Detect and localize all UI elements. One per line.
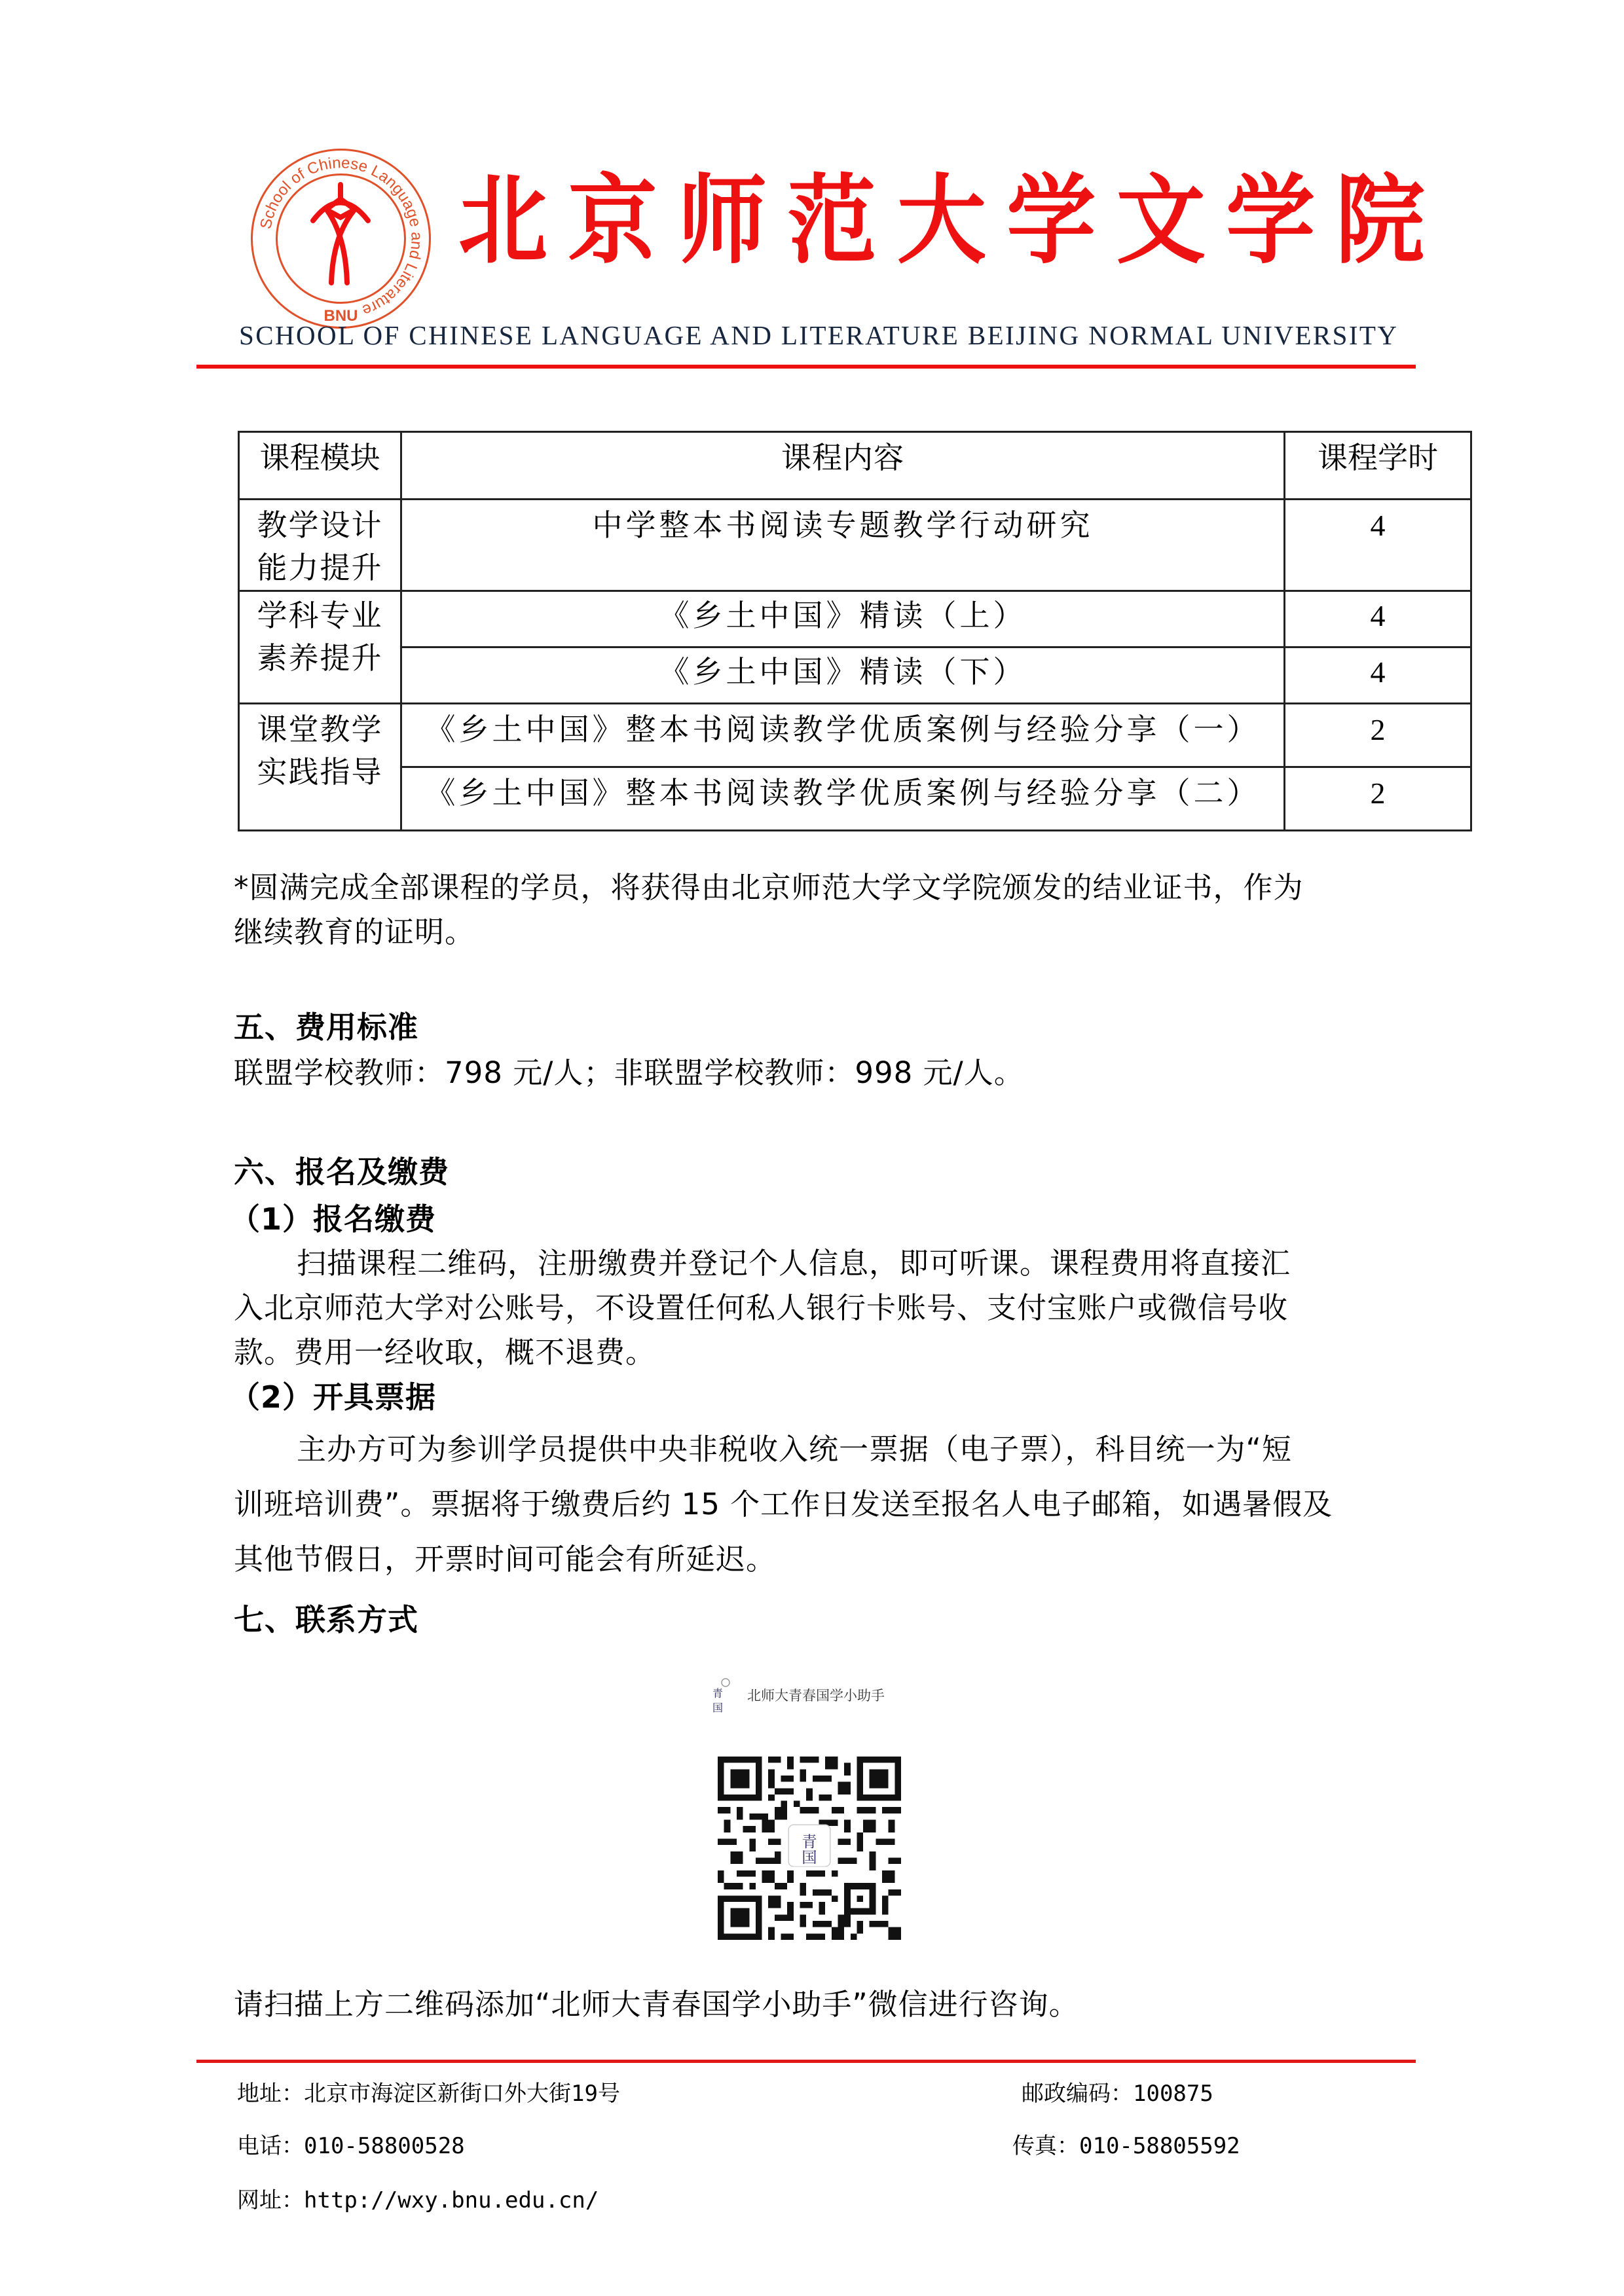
section-title: 五、费用标准 [234,1005,1432,1049]
subsection-title: （2）开具票据 [230,1375,1432,1419]
course-hours: 4 [1285,591,1471,647]
svg-text:国: 国 [802,1849,817,1867]
header-module: 课程模块 [239,432,401,500]
table-row: 《乡土中国》整本书阅读教学优质案例与经验分享（二） 2 [239,767,1471,830]
section-fees: 五、费用标准 联盟学校教师：798 元/人；非联盟学校教师：998 元/人。 [234,1005,1432,1095]
course-table: 课程模块 课程内容 课程学时 教学设计 能力提升 中学整本书阅读专题教学行动研究… [238,431,1472,831]
institution-name-en: SCHOOL OF CHINESE LANGUAGE AND LITERATUR… [239,319,1398,351]
school-logo: School of Chinese Language and Literatur… [248,145,434,332]
footer-phone: 电话：010-58800528 [237,2128,465,2160]
course-hours: 4 [1285,647,1471,703]
table-row: 教学设计 能力提升 中学整本书阅读专题教学行动研究 4 [239,500,1471,591]
table-row: 课堂教学 实践指导 《乡土中国》整本书阅读教学优质案例与经验分享（一） 2 [239,703,1471,767]
account-avatar-icon: 青 国 [706,1677,732,1714]
svg-text:青: 青 [712,1687,723,1700]
bnu-seal-icon: School of Chinese Language and Literatur… [248,145,434,332]
course-hours: 4 [1285,500,1471,591]
course-content: 《乡土中国》整本书阅读教学优质案例与经验分享（二） [401,767,1285,830]
header-divider [196,365,1416,369]
section-title: 七、联系方式 [234,1597,1432,1642]
fee-text: 联盟学校教师：798 元/人；非联盟学校教师：998 元/人。 [234,1051,1432,1095]
table-row: 《乡土中国》精读（下） 4 [239,647,1471,703]
course-content: 《乡土中国》精读（上） [401,591,1285,647]
wechat-account-header: 青 国 北师大青春国学小助手 [706,1677,955,1713]
course-content: 《乡土中国》整本书阅读教学优质案例与经验分享（一） [401,703,1285,767]
certificate-note: *圆满完成全部课程的学员，将获得由北京师范大学文学院颁发的结业证书，作为 继续教… [234,866,1432,955]
course-hours: 2 [1285,767,1471,830]
footer-address: 地址：北京市海淀区新街口外大街19号 [237,2075,620,2107]
header-content: 课程内容 [401,432,1285,500]
module-cell: 学科专业 素养提升 [239,591,401,703]
svg-text:国: 国 [712,1702,723,1714]
section-title: 六、报名及缴费 [234,1150,1432,1194]
svg-text:青: 青 [802,1833,817,1851]
footer-website-link[interactable]: 网址：http://wxy.bnu.edu.cn/ [237,2182,599,2214]
module-cell: 教学设计 能力提升 [239,500,401,591]
course-content: 《乡土中国》精读（下） [401,647,1285,703]
qr-instruction: 请扫描上方二维码添加“北师大青春国学小助手”微信进行咨询。 [234,1982,1432,2027]
institution-name-cn: 北京师范大学文学院 [458,172,1445,268]
wechat-qr-code[interactable]: 青 国 [717,1757,902,1940]
subsection-title: （1）报名缴费 [230,1197,1432,1241]
table-header-row: 课程模块 课程内容 课程学时 [239,432,1471,500]
module-cell: 课堂教学 实践指导 [239,703,401,830]
section-registration: 六、报名及缴费 （1）报名缴费 扫描课程二维码，注册缴费并登记个人信息，即可听课… [234,1150,1432,1587]
header-hours: 课程学时 [1285,432,1471,500]
course-hours: 2 [1285,703,1471,767]
table-row: 学科专业 素养提升 《乡土中国》精读（上） 4 [239,591,1471,647]
footer-postcode: 邮政编码：100875 [1022,2075,1213,2107]
footer-divider [196,2060,1416,2063]
course-content: 中学整本书阅读专题教学行动研究 [401,500,1285,591]
footer-fax: 传真：010-58805592 [1012,2128,1240,2160]
qr-code-icon: 青 国 [717,1757,902,1940]
